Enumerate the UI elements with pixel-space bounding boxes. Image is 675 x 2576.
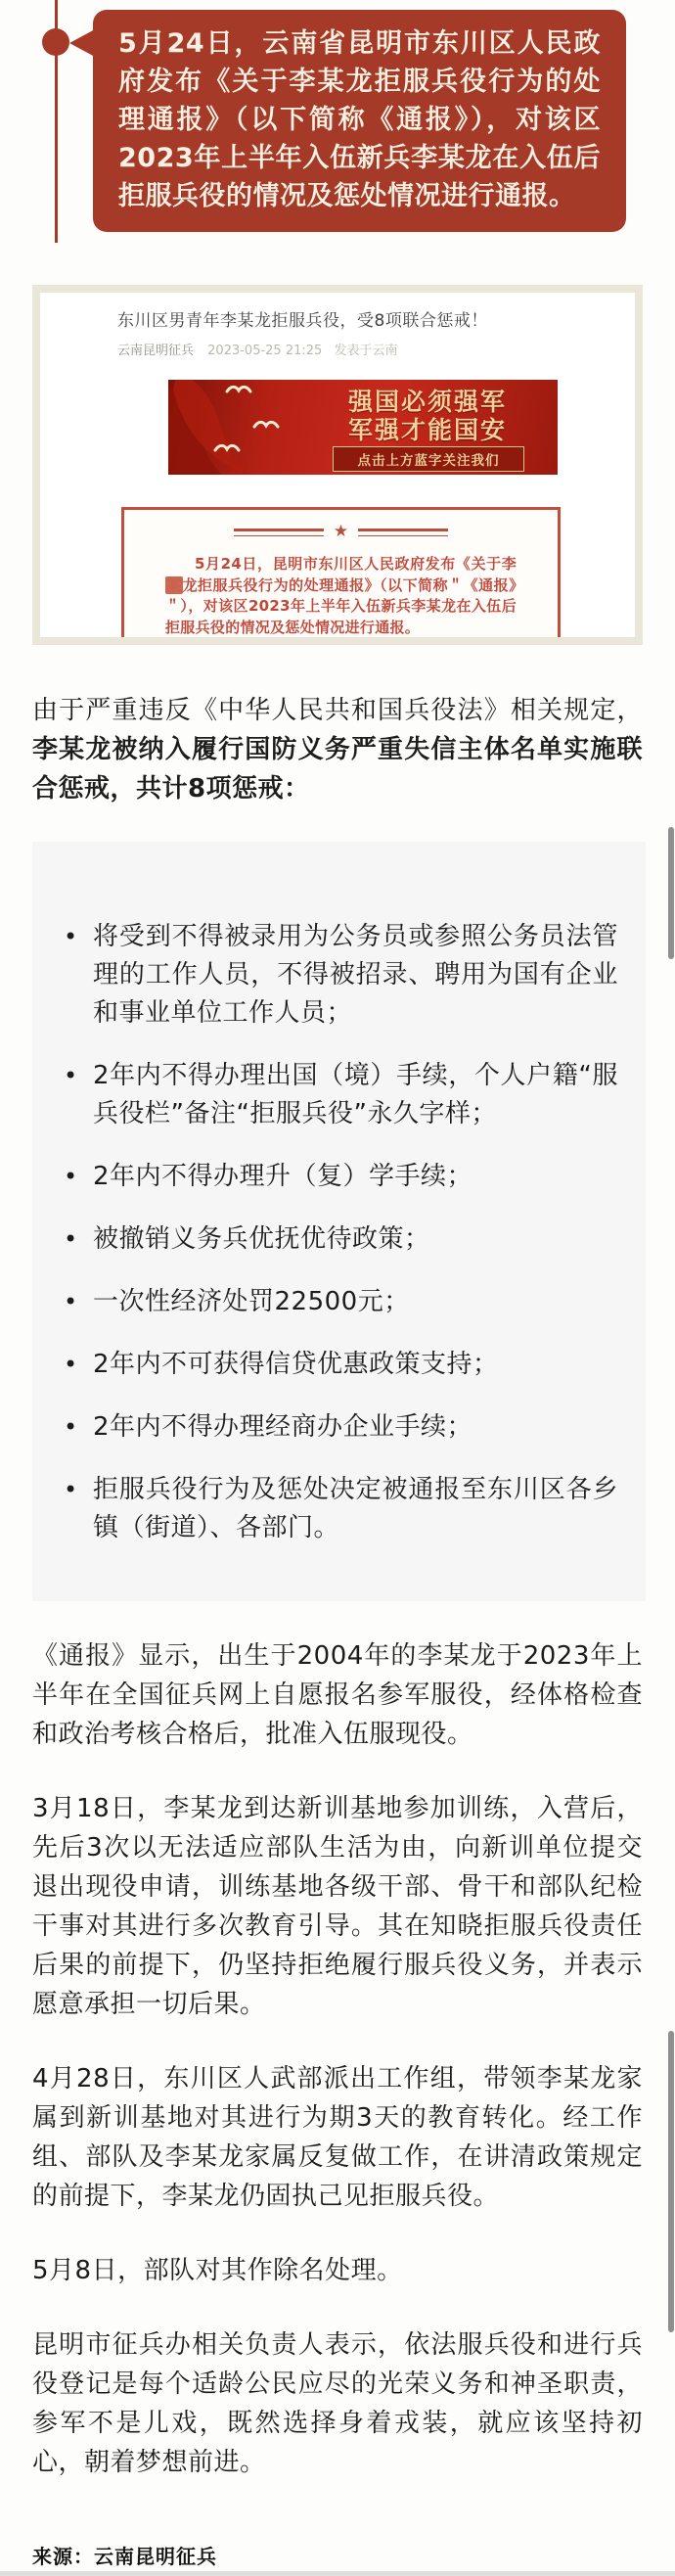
list-item: • 被撤销义务兵优抚优待政策； bbox=[64, 1220, 618, 1259]
divider-rule-right bbox=[358, 529, 448, 536]
body-paragraph: 昆明市征兵办相关负责人表示，依法服兵役和进行兵役登记是每个适龄公民应尽的光荣义务… bbox=[32, 2325, 643, 2482]
bullet-icon: • bbox=[64, 1346, 93, 1384]
timeline-dot-icon bbox=[42, 28, 69, 56]
list-item: • 2年内不得办理出国（境）手续，个人户籍“服兵役栏”备注“拒服兵役”永久字样； bbox=[64, 1057, 618, 1133]
list-item: • 2年内不得办理升（复）学手续； bbox=[64, 1158, 618, 1196]
sanction-text: 将受到不得被录用为公务员或参照公务员法管理的工作人员，不得被招录、聘用为国有企业… bbox=[93, 918, 618, 1033]
article-page: 5月24日，云南省昆明市东川区人民政府发布《关于李某龙拒服兵役行为的处理通报》（… bbox=[0, 0, 675, 2576]
embedded-post-timestamp: 2023-05-25 21:25 bbox=[207, 344, 322, 358]
bullet-icon: • bbox=[64, 918, 93, 1033]
sanction-text: 2年内不可获得信贷优惠政策支持； bbox=[93, 1346, 618, 1384]
bullet-icon: • bbox=[64, 1057, 93, 1133]
bullet-icon: • bbox=[64, 1220, 93, 1259]
lead-quote-text: 5月24日，云南省昆明市东川区人民政府发布《关于李某龙拒服兵役行为的处理通报》（… bbox=[118, 28, 601, 211]
sanction-text: 2年内不得办理经商办企业手续； bbox=[93, 1408, 618, 1447]
flag-and-doves-icon bbox=[168, 380, 335, 475]
scrollbar-thumb[interactable] bbox=[668, 827, 674, 959]
embedded-post-byline: 云南昆明征兵 2023-05-25 21:25 发表于云南 bbox=[117, 340, 615, 358]
notice-text-seg2: 龙拒服兵役行为的处理通报》（以下简称＂《通报》＂），对该区2023年上半年入伍新… bbox=[165, 576, 517, 636]
bullet-icon: • bbox=[64, 1471, 93, 1547]
lead-quote-bubble: 5月24日，云南省昆明市东川区人民政府发布《关于李某龙拒服兵役行为的处理通报》（… bbox=[93, 10, 626, 232]
sanction-text: 拒服兵役行为及惩处决定被通报至东川区各乡镇（街道）、各部门。 bbox=[93, 1471, 618, 1547]
notice-quote-box: ★ 5月24日，昆明市东川区人民政府发布《关于李某龙拒服兵役行为的处理通报》（以… bbox=[121, 507, 561, 645]
sanction-list-box: • 将受到不得被录用为公务员或参照公务员法管理的工作人员，不得被招录、聘用为国有… bbox=[32, 842, 646, 1601]
body-paragraph: 3月18日，李某龙到达新训基地参加训练，入营后，先后3次以无法适应部队生活为由，… bbox=[32, 1789, 643, 2024]
list-item: • 一次性经济处罚22500元； bbox=[64, 1283, 618, 1321]
banner-slogan-line1: 强国必须强军 bbox=[315, 388, 540, 416]
bullet-icon: • bbox=[64, 1408, 93, 1447]
embedded-post-location: 发表于云南 bbox=[334, 344, 397, 358]
sanction-text: 2年内不得办理升（复）学手续； bbox=[93, 1158, 618, 1196]
bullet-icon: • bbox=[64, 1283, 93, 1321]
bullet-icon: • bbox=[64, 1158, 93, 1196]
embedded-post-card[interactable]: 东川区男青年李某龙拒服兵役，受8项联合惩戒！ 云南昆明征兵 2023-05-25… bbox=[32, 285, 643, 645]
notice-text: 5月24日，昆明市东川区人民政府发布《关于李某龙拒服兵役行为的处理通报》（以下简… bbox=[165, 554, 517, 638]
body-paragraph: 5月8日，部队对其作除名处理。 bbox=[32, 2251, 643, 2290]
article-body: 由于严重违反《中华人民共和国兵役法》相关规定，李某龙被纳入履行国防义务严重失信主… bbox=[32, 691, 643, 2576]
intro-bold-text: 李某龙被纳入履行国防义务严重失信主体名单实施联合惩戒，共计8项惩戒： bbox=[32, 735, 643, 804]
list-item: • 2年内不可获得信贷优惠政策支持； bbox=[64, 1346, 618, 1384]
sanction-text: 2年内不得办理出国（境）手续，个人户籍“服兵役栏”备注“拒服兵役”永久字样； bbox=[93, 1057, 618, 1133]
notice-text-seg1: 5月24日，昆明市东川区人民政府发布《关于李 bbox=[195, 555, 517, 573]
banner-slogan: 强国必须强军 军强才能国安 bbox=[315, 388, 540, 444]
speech-bubble-arrow-icon bbox=[69, 29, 95, 57]
page-bottom-edge bbox=[0, 2571, 675, 2576]
scrollbar-thumb[interactable] bbox=[668, 2031, 674, 2332]
divider-rule-left bbox=[234, 529, 324, 536]
star-icon: ★ bbox=[334, 524, 348, 540]
star-divider: ★ bbox=[124, 524, 558, 540]
embedded-post-title: 东川区男青年李某龙拒服兵役，受8项联合惩戒！ bbox=[117, 306, 615, 331]
sanction-text: 一次性经济处罚22500元； bbox=[93, 1283, 618, 1321]
list-item: • 2年内不得办理经商办企业手续； bbox=[64, 1408, 618, 1447]
banner-slogan-line2: 军强才能国安 bbox=[315, 416, 540, 444]
embedded-post-account: 云南昆明征兵 bbox=[117, 344, 194, 358]
intro-regular-text: 由于严重违反《中华人民共和国兵役法》相关规定， bbox=[32, 696, 643, 725]
follow-button: 点击上方蓝字关注我们 bbox=[333, 446, 524, 472]
source-attribution: 来源：云南昆明征兵 bbox=[32, 2537, 643, 2576]
embedded-post-inner: 东川区男青年李某龙拒服兵役，受8项联合惩戒！ 云南昆明征兵 2023-05-25… bbox=[40, 293, 635, 475]
intro-paragraph: 由于严重违反《中华人民共和国兵役法》相关规定，李某龙被纳入履行国防义务严重失信主… bbox=[32, 691, 643, 808]
list-item: • 将受到不得被录用为公务员或参照公务员法管理的工作人员，不得被招录、聘用为国有… bbox=[64, 918, 618, 1033]
list-item: • 拒服兵役行为及惩处决定被通报至东川区各乡镇（街道）、各部门。 bbox=[64, 1471, 618, 1547]
lead-quote-section: 5月24日，云南省昆明市东川区人民政府发布《关于李某龙拒服兵役行为的处理通报》（… bbox=[0, 0, 675, 232]
banner-image: 强国必须强军 军强才能国安 点击上方蓝字关注我们 bbox=[168, 380, 558, 475]
redaction-mark: 某 bbox=[165, 576, 183, 594]
body-paragraph: 4月28日，东川区人武部派出工作组，带领李某龙家属到新训基地对其进行为期3天的教… bbox=[32, 2059, 643, 2216]
body-paragraph: 《通报》显示，出生于2004年的李某龙于2023年上半年在全国征兵网上自愿报名参… bbox=[32, 1636, 643, 1754]
sanction-text: 被撤销义务兵优抚优待政策； bbox=[93, 1220, 618, 1259]
